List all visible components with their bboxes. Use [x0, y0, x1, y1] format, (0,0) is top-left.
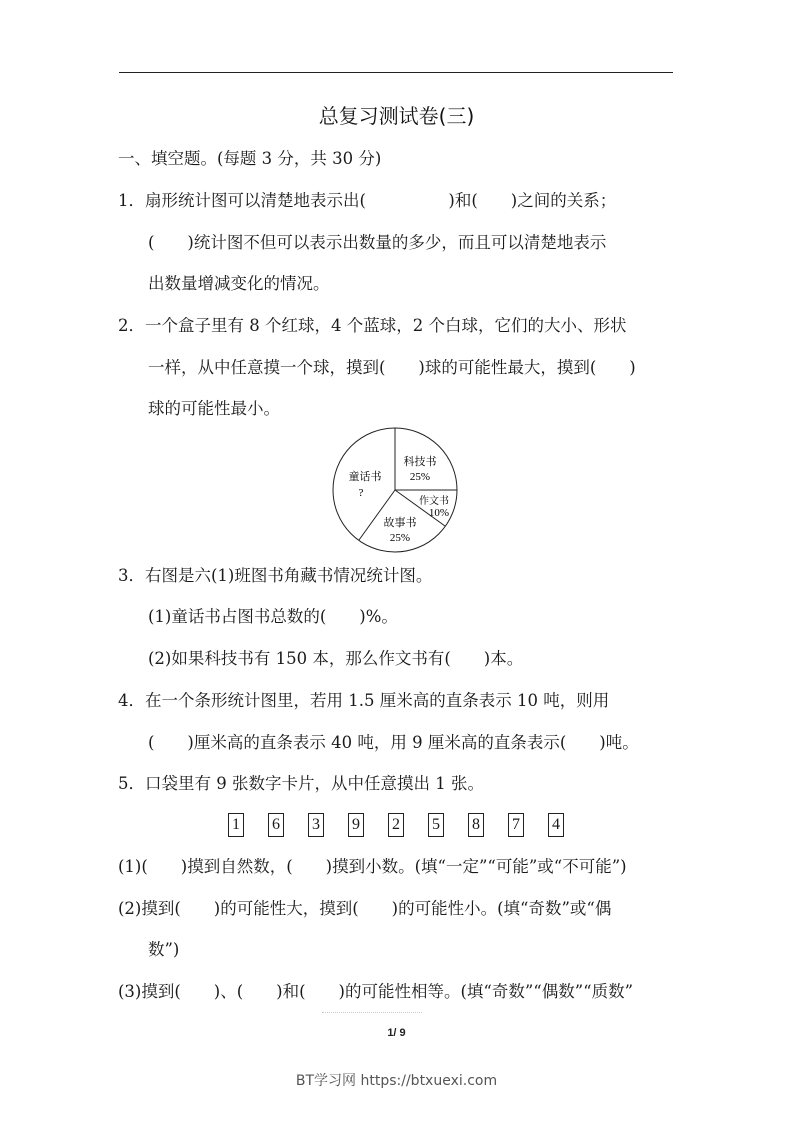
q5-sub2b: 数”) [148, 938, 179, 962]
header-rule [119, 72, 673, 73]
q4-line1: 4．在一个条形统计图里，若用 1.5 厘米高的直条表示 10 吨，则用 [118, 689, 609, 713]
pie-label-fairytale: 童话书 [349, 469, 382, 483]
q4-line2: ( )厘米高的直条表示 40 吨，用 9 厘米高的直条表示( )吨。 [148, 731, 639, 755]
number-card: 9 [348, 813, 364, 837]
pie-label-science: 科技书 [404, 454, 437, 468]
page-title: 总复习测试卷(三) [0, 100, 793, 129]
page-number: 1/ 9 [0, 1027, 793, 1039]
section-heading: 一、填空题。(每题 3 分，共 30 分) [118, 147, 381, 171]
number-card: 7 [508, 813, 524, 837]
number-card: 4 [548, 813, 564, 837]
q3-sub1: (1)童话书占图书总数的( )%。 [148, 605, 398, 629]
number-card: 8 [468, 813, 484, 837]
q2-line2: 一样，从中任意摸一个球，摸到( )球的可能性最大，摸到( ) [148, 356, 636, 380]
q5-sub3: (3)摸到( )、( )和( )的可能性相等。(填“奇数”“偶数”“质数” [118, 980, 633, 1004]
svg-text:25%: 25% [390, 532, 410, 544]
q2-line1: 2．一个盒子里有 8 个红球，4 个蓝球，2 个白球，它们的大小、形状 [118, 314, 626, 338]
number-card: 3 [308, 813, 324, 837]
pie-chart: 科技书 25% 作文书 10% 故事书 25% 童话书 ? [330, 425, 465, 557]
q5-sub1: (1)( )摸到自然数，( )摸到小数。(填“一定”“可能”或“不可能”) [118, 855, 627, 879]
svg-text:25%: 25% [410, 471, 430, 483]
svg-text:?: ? [359, 487, 364, 499]
pie-label-writing: 作文书 [419, 494, 449, 507]
q1-line1: 1．扇形统计图可以清楚地表示出( )和( )之间的关系； [118, 189, 616, 213]
q3-sub2: (2)如果科技书有 150 本，那么作文书有( )本。 [148, 647, 523, 671]
number-card: 1 [228, 813, 244, 837]
q5-sub2a: (2)摸到( )的可能性大，摸到( )的可能性小。(填“奇数”或“偶 [118, 897, 611, 921]
q5-line1: 5．口袋里有 9 张数字卡片，从中任意摸出 1 张。 [118, 772, 484, 796]
q1-line2: ( )统计图不但可以表示出数量的多少，而且可以清楚地表示 [148, 231, 606, 255]
svg-text:10%: 10% [429, 507, 449, 519]
number-card: 5 [428, 813, 444, 837]
pie-label-story: 故事书 [384, 515, 417, 529]
number-card: 6 [268, 813, 284, 837]
q1-line3: 出数量增减变化的情况。 [148, 272, 330, 296]
number-card: 2 [388, 813, 404, 837]
q3-line1: 3．右图是六(1)班图书角藏书情况统计图。 [118, 564, 432, 588]
faint-artifact [322, 1012, 422, 1016]
q2-line3: 球的可能性最小。 [148, 397, 280, 421]
footer-watermark: BT学习网 https://btxuexi.com [0, 1070, 793, 1090]
